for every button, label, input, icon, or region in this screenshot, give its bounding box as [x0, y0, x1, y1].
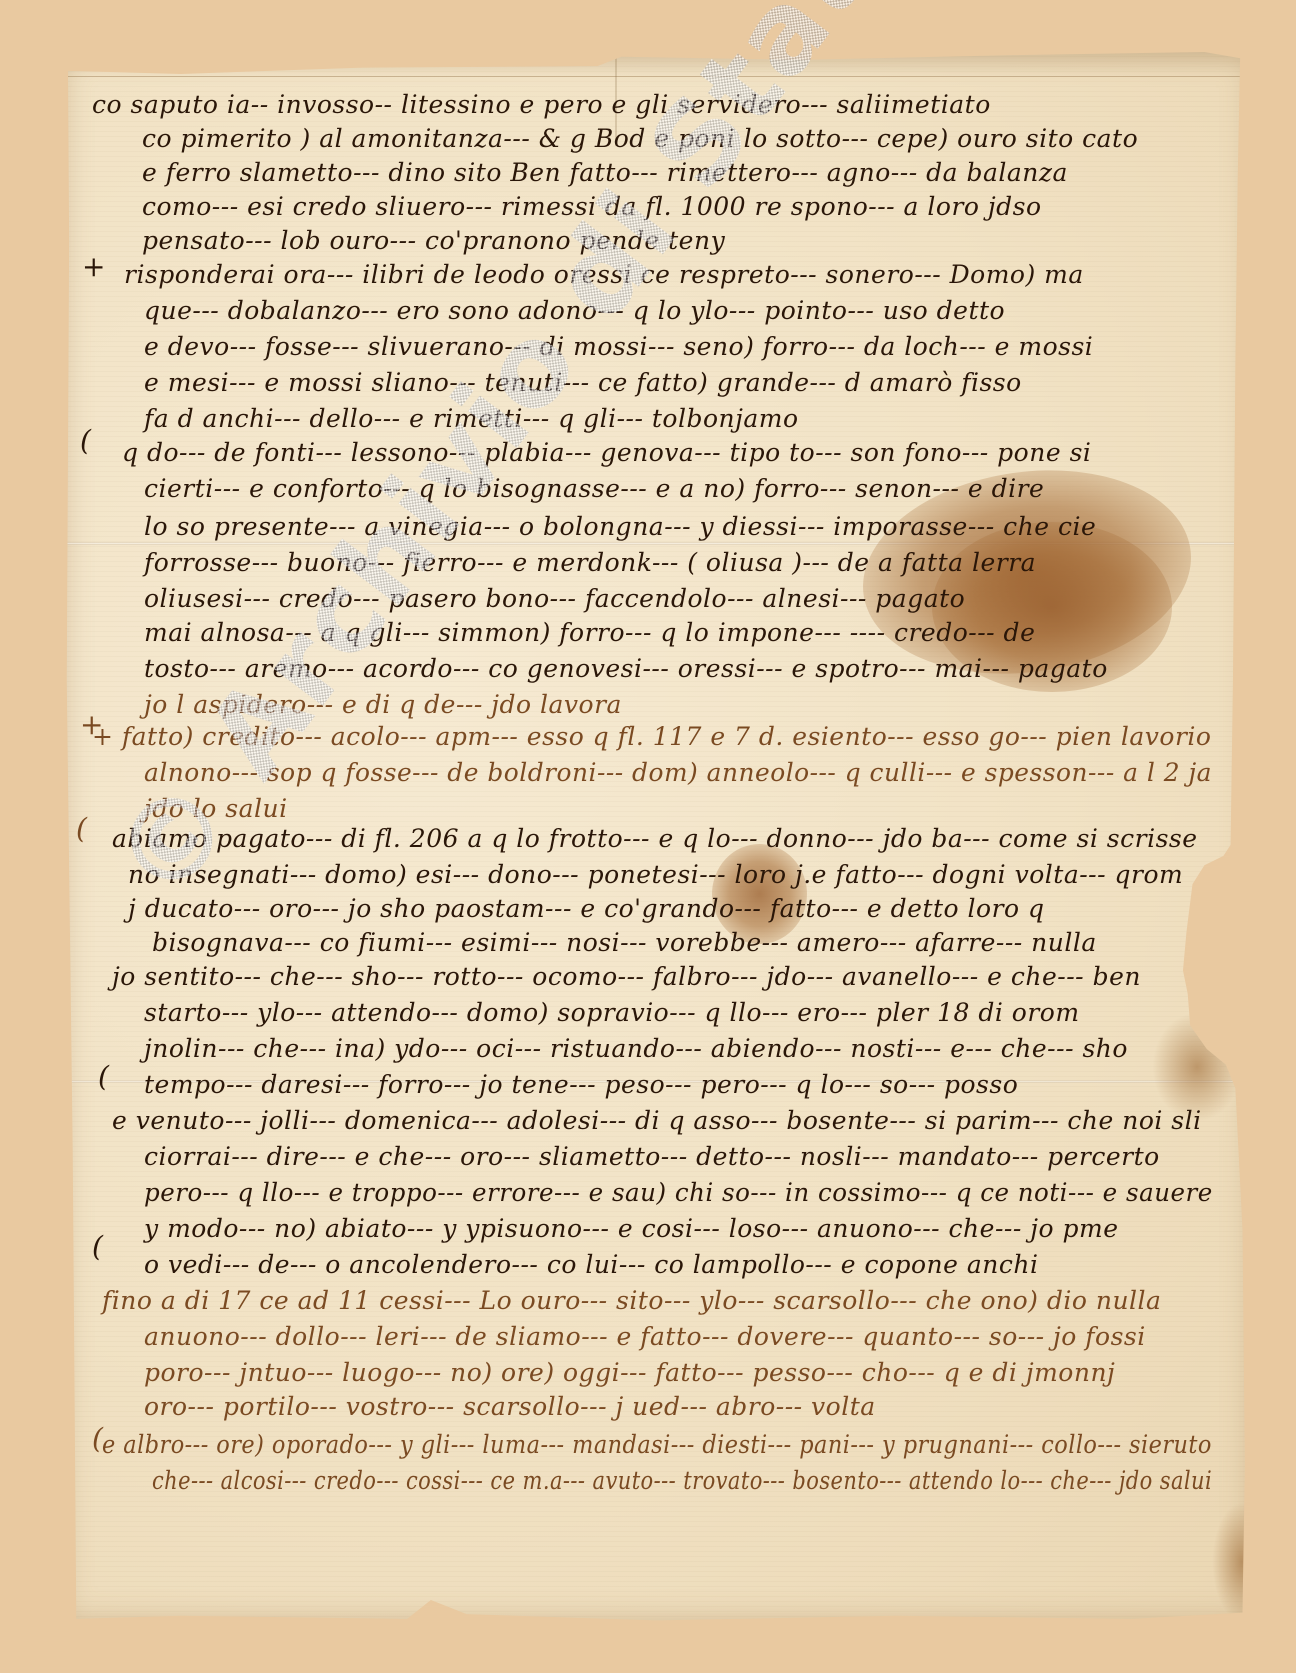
text-line: alnono--- sop q fosse--- de boldroni--- … [144, 758, 1212, 787]
text-line: no insegnati--- domo) esi--- dono--- pon… [128, 860, 1183, 889]
text-line: mai alnosa--- a q gli--- simmon) forro--… [144, 618, 1035, 647]
text-line: + fatto) credito--- acolo--- apm--- esso… [92, 722, 1211, 751]
text-line: e mesi--- e mossi sliano--- tenuti--- ce… [144, 368, 1022, 397]
text-line: e devo--- fosse--- slivuerano--- di moss… [144, 332, 1093, 361]
text-line: jo sentito--- che--- sho--- rotto--- oco… [112, 962, 1141, 991]
text-line: oliusesi--- credo--- pasero bono--- facc… [144, 584, 965, 613]
text-line: oro--- portilo--- vostro--- scarsollo---… [144, 1392, 876, 1421]
text-line: bisognava--- co fiumi--- esimi--- nosi--… [152, 928, 1097, 957]
text-line: o vedi--- de--- o ancolendero--- co lui-… [144, 1250, 1039, 1279]
text-line: e venuto--- jolli--- domenica--- adolesi… [112, 1106, 1202, 1135]
text-line: lo so presente--- a vinegia--- o bolongn… [144, 512, 1096, 541]
text-line: poro--- jntuo--- luogo--- no) ore) oggi-… [144, 1358, 1115, 1387]
text-line: pensato--- lob ouro--- co'pranono pende … [142, 226, 725, 255]
text-line: forrosse--- buono--- fierro--- e merdonk… [144, 548, 1036, 577]
text-line: fino a di 17 ce ad 11 cessi--- Lo ouro--… [102, 1286, 1161, 1315]
text-line: jo l aspidero--- e di q de--- jdo lavora [144, 690, 622, 719]
text-line: co saputo ia-- invosso-- litessino e per… [92, 90, 991, 119]
text-line: tosto--- aremo--- acordo--- co genovesi-… [144, 654, 1108, 683]
text-line: e ferro slametto--- dino sito Ben fatto-… [142, 158, 1068, 187]
text-line: che--- alcosi--- credo--- cossi--- ce m.… [152, 1466, 1212, 1495]
text-line: risponderai ora--- ilibri de leodo oress… [124, 260, 1084, 289]
text-line: starto--- ylo--- attendo--- domo) soprav… [144, 998, 1080, 1027]
text-line: e albro--- ore) oporado--- y gli--- luma… [102, 1430, 1212, 1459]
text-line: jdo lo salui [144, 794, 288, 823]
text-line: pero--- q llo--- e troppo--- errore--- e… [144, 1178, 1213, 1207]
text-line: q do--- de fonti--- lessono--- plabia---… [122, 438, 1091, 467]
text-line: jnolin--- che--- ina) ydo--- oci--- rist… [144, 1034, 1128, 1063]
text-line: anuono--- dollo--- leri--- de sliamo--- … [144, 1322, 1146, 1351]
text-line: abiamo pagato--- di fl. 206 a q lo frott… [112, 824, 1198, 853]
text-line: y modo--- no) abiato--- y ypisuono--- e … [144, 1214, 1119, 1243]
text-line: j ducato--- oro--- jo sho paostam--- e c… [128, 894, 1045, 923]
text-line: tempo--- daresi--- forro--- jo tene--- p… [144, 1070, 1018, 1099]
text-line: co pimerito ) al amonitanza--- & g Bod e… [142, 124, 1138, 153]
text-line: ciorrai--- dire--- e che--- oro--- sliam… [144, 1142, 1160, 1171]
text-line: cierti--- e conforto--- q lo bisognasse-… [144, 474, 1044, 503]
text-line: fa d anchi--- dello--- e rimetti--- q gl… [144, 404, 799, 433]
handwritten-text-block: co saputo ia-- invosso-- litessino e per… [62, 52, 1252, 1622]
manuscript-page: + ( + ( ( ( ( co saputo ia-- invosso-- l… [62, 52, 1252, 1622]
text-line: como--- esi credo sliuero--- rimessi da … [142, 192, 1042, 221]
text-line: que--- dobalanzo--- ero sono adono--- q … [144, 296, 1005, 325]
